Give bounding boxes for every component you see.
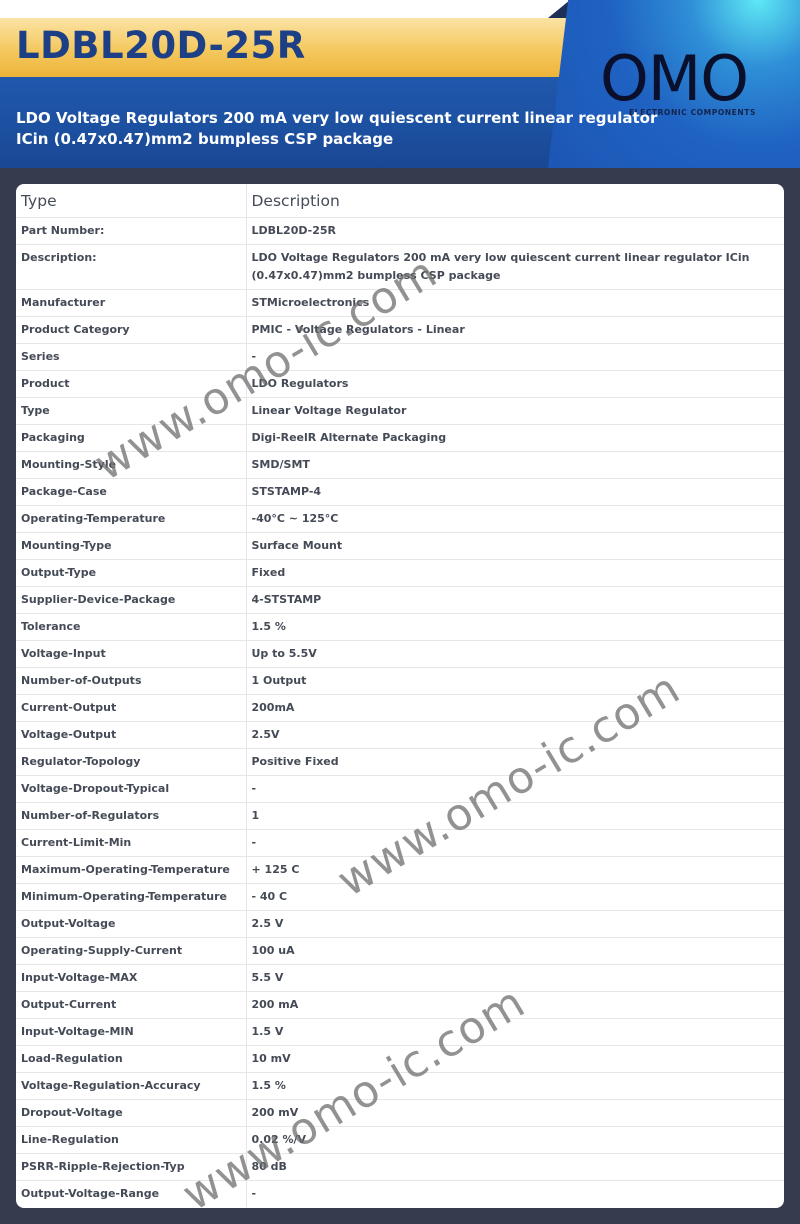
row-value: Surface Mount [246, 533, 784, 560]
row-value: PMIC - Voltage Regulators - Linear [246, 317, 784, 344]
row-value: Fixed [246, 560, 784, 587]
table-row: Current-Limit-Min- [16, 830, 784, 857]
row-type-label: Voltage-Input [16, 641, 246, 668]
table-row: Output-Voltage-Range- [16, 1181, 784, 1208]
row-value: - 40 C [246, 884, 784, 911]
row-type-label: Current-Output [16, 695, 246, 722]
table-row: Input-Voltage-MIN1.5 V [16, 1019, 784, 1046]
row-value: - [246, 776, 784, 803]
table-row: Minimum-Operating-Temperature- 40 C [16, 884, 784, 911]
table-row: Voltage-Dropout-Typical- [16, 776, 784, 803]
row-type-label: Output-Voltage [16, 911, 246, 938]
row-type-label: Number-of-Outputs [16, 668, 246, 695]
row-type-label: Minimum-Operating-Temperature [16, 884, 246, 911]
row-value: 0.02 %/V [246, 1127, 784, 1154]
table-row: Dropout-Voltage200 mV [16, 1100, 784, 1127]
table-row: Operating-Temperature-40°C ~ 125°C [16, 506, 784, 533]
row-type-label: Series [16, 344, 246, 371]
table-row: Regulator-TopologyPositive Fixed [16, 749, 784, 776]
row-value: -40°C ~ 125°C [246, 506, 784, 533]
row-value: 1.5 % [246, 614, 784, 641]
row-type-label: Maximum-Operating-Temperature [16, 857, 246, 884]
row-type-label: Operating-Temperature [16, 506, 246, 533]
row-type-label: Output-Current [16, 992, 246, 1019]
row-type-label: Input-Voltage-MIN [16, 1019, 246, 1046]
row-type-label: Part Number: [16, 218, 246, 245]
column-header-description: Description [246, 184, 784, 218]
row-type-label: Mounting-Style [16, 452, 246, 479]
row-value: SMD/SMT [246, 452, 784, 479]
spec-table-card: Type Description Part Number:LDBL20D-25R… [16, 184, 784, 1208]
row-type-label: Voltage-Dropout-Typical [16, 776, 246, 803]
table-row: TypeLinear Voltage Regulator [16, 398, 784, 425]
row-type-label: Output-Voltage-Range [16, 1181, 246, 1208]
row-value: STSTAMP-4 [246, 479, 784, 506]
table-row: Number-of-Outputs1 Output [16, 668, 784, 695]
row-value: 5.5 V [246, 965, 784, 992]
row-type-label: Product [16, 371, 246, 398]
table-row: Product CategoryPMIC - Voltage Regulator… [16, 317, 784, 344]
logo-wordmark: OMO [600, 48, 760, 110]
row-value: + 125 C [246, 857, 784, 884]
row-type-label: Voltage-Output [16, 722, 246, 749]
table-row: Output-Voltage2.5 V [16, 911, 784, 938]
row-type-label: Load-Regulation [16, 1046, 246, 1073]
table-row: PSRR-Ripple-Rejection-Typ80 dB [16, 1154, 784, 1181]
row-value: Linear Voltage Regulator [246, 398, 784, 425]
column-header-type: Type [16, 184, 246, 218]
table-row: Number-of-Regulators1 [16, 803, 784, 830]
row-type-label: Product Category [16, 317, 246, 344]
table-row: Mounting-TypeSurface Mount [16, 533, 784, 560]
row-type-label: Current-Limit-Min [16, 830, 246, 857]
table-row: ProductLDO Regulators [16, 371, 784, 398]
row-type-label: Output-Type [16, 560, 246, 587]
row-type-label: Package-Case [16, 479, 246, 506]
page-subtitle: LDO Voltage Regulators 200 mA very low q… [16, 108, 686, 150]
table-row: Package-CaseSTSTAMP-4 [16, 479, 784, 506]
row-value: Digi-ReelR Alternate Packaging [246, 425, 784, 452]
row-value: Positive Fixed [246, 749, 784, 776]
row-value: 1.5 % [246, 1073, 784, 1100]
row-type-label: Mounting-Type [16, 533, 246, 560]
row-type-label: Description: [16, 245, 246, 290]
table-row: Mounting-StyleSMD/SMT [16, 452, 784, 479]
row-value: STMicroelectronics [246, 290, 784, 317]
table-row: Output-Current200 mA [16, 992, 784, 1019]
table-row: Maximum-Operating-Temperature+ 125 C [16, 857, 784, 884]
row-type-label: Supplier-Device-Package [16, 587, 246, 614]
row-type-label: Input-Voltage-MAX [16, 965, 246, 992]
row-value: 1 Output [246, 668, 784, 695]
row-type-label: Manufacturer [16, 290, 246, 317]
row-value: 1.5 V [246, 1019, 784, 1046]
spec-table: Type Description Part Number:LDBL20D-25R… [16, 184, 784, 1207]
row-value: - [246, 344, 784, 371]
row-type-label: Tolerance [16, 614, 246, 641]
page-title: LDBL20D-25R [16, 24, 306, 67]
row-value: 200 mA [246, 992, 784, 1019]
row-value: LDO Regulators [246, 371, 784, 398]
table-row: Load-Regulation10 mV [16, 1046, 784, 1073]
table-row: Input-Voltage-MAX5.5 V [16, 965, 784, 992]
table-row: Voltage-InputUp to 5.5V [16, 641, 784, 668]
row-value: - [246, 1181, 784, 1208]
table-row: ManufacturerSTMicroelectronics [16, 290, 784, 317]
table-header-row: Type Description [16, 184, 784, 218]
page-header: LDBL20D-25R LDO Voltage Regulators 200 m… [0, 0, 800, 168]
row-type-label: Dropout-Voltage [16, 1100, 246, 1127]
row-value: 200 mV [246, 1100, 784, 1127]
row-type-label: Type [16, 398, 246, 425]
table-body: Part Number:LDBL20D-25RDescription:LDO V… [16, 218, 784, 1208]
row-value: 10 mV [246, 1046, 784, 1073]
table-row: Supplier-Device-Package4-STSTAMP [16, 587, 784, 614]
row-value: Up to 5.5V [246, 641, 784, 668]
table-row: Current-Output200mA [16, 695, 784, 722]
row-value: LDBL20D-25R [246, 218, 784, 245]
table-row: PackagingDigi-ReelR Alternate Packaging [16, 425, 784, 452]
table-row: Output-TypeFixed [16, 560, 784, 587]
row-type-label: Packaging [16, 425, 246, 452]
row-value: - [246, 830, 784, 857]
row-value: 80 dB [246, 1154, 784, 1181]
row-value: 100 uA [246, 938, 784, 965]
table-row: Line-Regulation0.02 %/V [16, 1127, 784, 1154]
row-type-label: Operating-Supply-Current [16, 938, 246, 965]
table-row: Series- [16, 344, 784, 371]
table-row: Tolerance1.5 % [16, 614, 784, 641]
row-type-label: PSRR-Ripple-Rejection-Typ [16, 1154, 246, 1181]
table-row: Voltage-Output2.5V [16, 722, 784, 749]
row-value: 2.5 V [246, 911, 784, 938]
row-value: 1 [246, 803, 784, 830]
row-value: 4-STSTAMP [246, 587, 784, 614]
row-type-label: Voltage-Regulation-Accuracy [16, 1073, 246, 1100]
row-value: 200mA [246, 695, 784, 722]
table-row: Description:LDO Voltage Regulators 200 m… [16, 245, 784, 290]
row-type-label: Number-of-Regulators [16, 803, 246, 830]
table-row: Operating-Supply-Current100 uA [16, 938, 784, 965]
row-value: 2.5V [246, 722, 784, 749]
row-type-label: Line-Regulation [16, 1127, 246, 1154]
table-row: Voltage-Regulation-Accuracy1.5 % [16, 1073, 784, 1100]
row-value: LDO Voltage Regulators 200 mA very low q… [246, 245, 784, 290]
row-type-label: Regulator-Topology [16, 749, 246, 776]
omo-logo: OMO ELECTRONIC COMPONENTS [600, 48, 760, 117]
table-row: Part Number:LDBL20D-25R [16, 218, 784, 245]
